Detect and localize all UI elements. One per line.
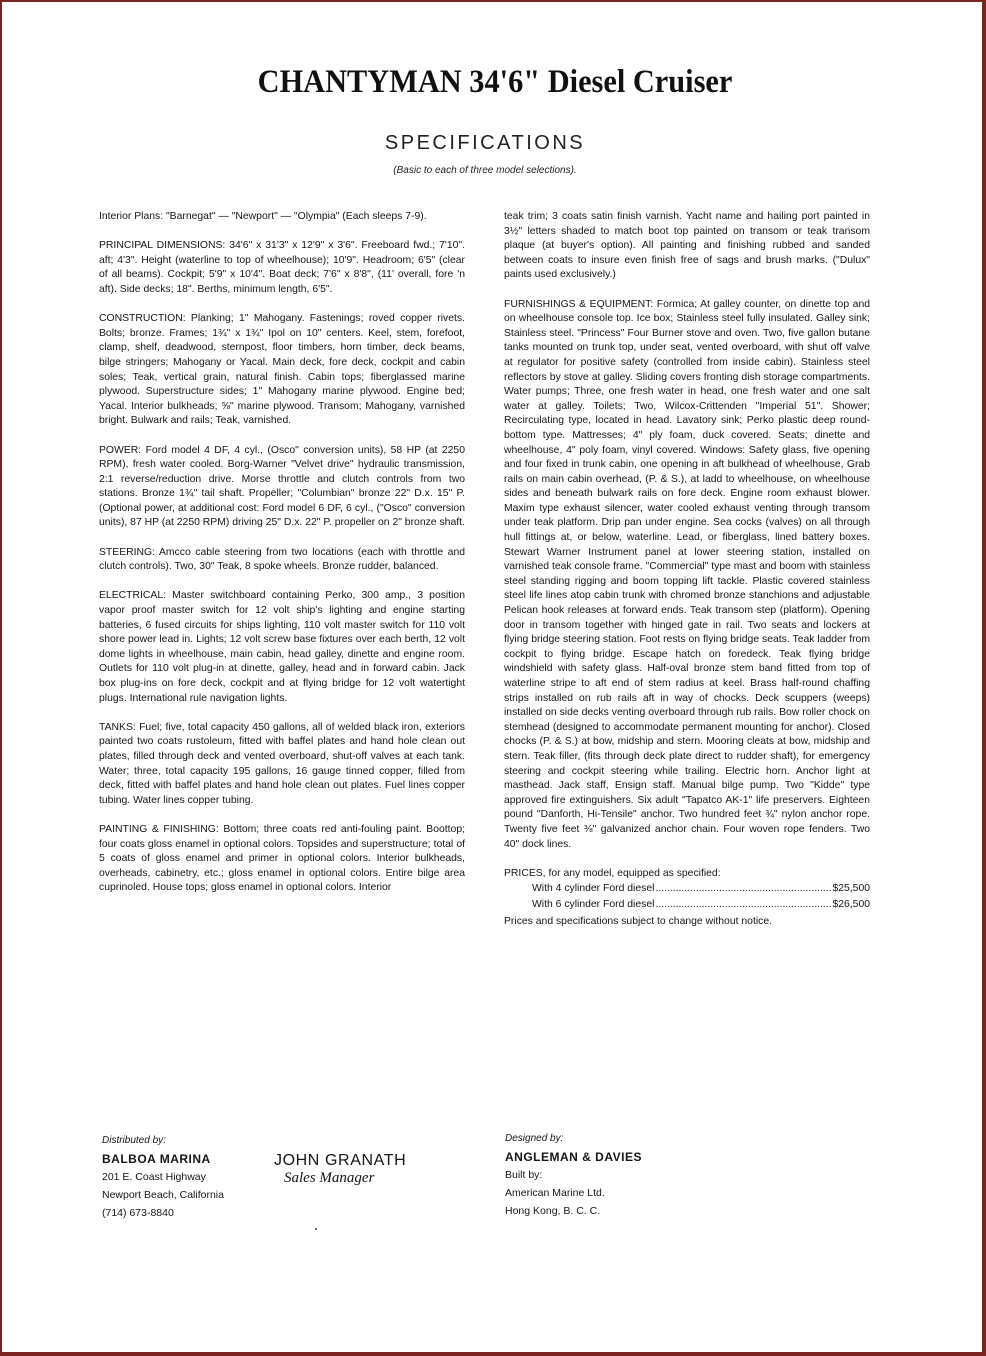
spec-heading: ELECTRICAL: <box>99 590 166 601</box>
agent-name: JOHN GRANATH <box>274 1152 406 1170</box>
price-list: PRICES, for any model, equipped as speci… <box>504 867 870 930</box>
distributor-address-line1: 201 E. Coast Highway <box>102 1168 224 1186</box>
spec-heading: TANKS: <box>99 722 136 733</box>
distributor-label: Distributed by: <box>102 1132 224 1150</box>
designer-label: Designed by: <box>505 1130 642 1148</box>
sales-agent-block: JOHN GRANATH Sales Manager <box>274 1152 406 1187</box>
right-column: teak trim; 3 coats satin finish varnish.… <box>504 210 870 930</box>
builder-label: Built by: <box>505 1166 642 1184</box>
designer-name: ANGLEMAN & DAVIES <box>505 1148 642 1166</box>
leader-dots <box>655 881 831 897</box>
spec-paragraph-steering: STEERING: Amcco cable steering from two … <box>99 546 465 575</box>
price-label: With 4 cylinder Ford diesel <box>532 881 654 897</box>
section-subnote: (Basic to each of three model selections… <box>2 165 968 176</box>
spec-paragraph-power: POWER: Ford model 4 DF, 4 cyl., (Osco" c… <box>99 444 465 532</box>
distributor-address-line2: Newport Beach, California <box>102 1186 224 1204</box>
page-frame: CHANTYMAN 34'6" Diesel Cruiser SPECIFICA… <box>0 0 986 1356</box>
agent-role: Sales Manager <box>274 1170 406 1187</box>
distributor-phone: (714) 673-8840 <box>102 1204 224 1222</box>
spec-paragraph-interior-plans: Interior Plans: "Barnegat" — "Newport" —… <box>99 210 465 225</box>
price-value: $26,500 <box>832 897 870 913</box>
spec-paragraph-dimensions: PRINCIPAL DIMENSIONS: 34'6" x 31'3" x 12… <box>99 239 465 297</box>
price-heading: PRICES, for any model, equipped as speci… <box>504 867 870 882</box>
distributor-block: Distributed by: BALBOA MARINA 201 E. Coa… <box>102 1132 224 1222</box>
print-speck <box>315 1228 317 1230</box>
section-title: SPECIFICATIONS <box>2 132 968 155</box>
price-row: With 6 cylinder Ford diesel $26,500 <box>504 897 870 913</box>
spec-heading: PAINTING & FINISHING: <box>99 824 219 835</box>
price-value: $25,500 <box>832 881 870 897</box>
price-label: With 6 cylinder Ford diesel <box>532 897 654 913</box>
spec-heading: POWER: <box>99 445 141 456</box>
price-row: With 4 cylinder Ford diesel $25,500 <box>504 881 870 897</box>
spec-paragraph-painting: PAINTING & FINISHING: Bottom; three coat… <box>99 823 465 896</box>
spec-paragraph-painting-cont: teak trim; 3 coats satin finish varnish.… <box>504 210 870 283</box>
document-title: CHANTYMAN 34'6" Diesel Cruiser <box>41 64 948 101</box>
price-note: Prices and specifications subject to cha… <box>504 915 870 930</box>
distributor-name: BALBOA MARINA <box>102 1150 224 1168</box>
builder-name: American Marine Ltd. <box>505 1184 642 1202</box>
spec-paragraph-construction: CONSTRUCTION: Planking; 1" Mahogany. Fas… <box>99 312 465 429</box>
spec-paragraph-furnishings: FURNISHINGS & EQUIPMENT: Formica; At gal… <box>504 298 870 853</box>
spec-heading: STEERING: <box>99 547 155 558</box>
spec-paragraph-tanks: TANKS: Fuel; five, total capacity 450 ga… <box>99 721 465 809</box>
builder-location: Hong Kong, B. C. C. <box>505 1202 642 1220</box>
spec-heading: PRINCIPAL DIMENSIONS: <box>99 240 225 251</box>
spec-paragraph-electrical: ELECTRICAL: Master switchboard containin… <box>99 589 465 706</box>
leader-dots <box>655 897 831 913</box>
designer-block: Designed by: ANGLEMAN & DAVIES Built by:… <box>505 1130 642 1220</box>
left-column: Interior Plans: "Barnegat" — "Newport" —… <box>99 210 465 911</box>
spec-heading: CONSTRUCTION: <box>99 313 186 324</box>
spec-heading: FURNISHINGS & EQUIPMENT: <box>504 299 653 310</box>
